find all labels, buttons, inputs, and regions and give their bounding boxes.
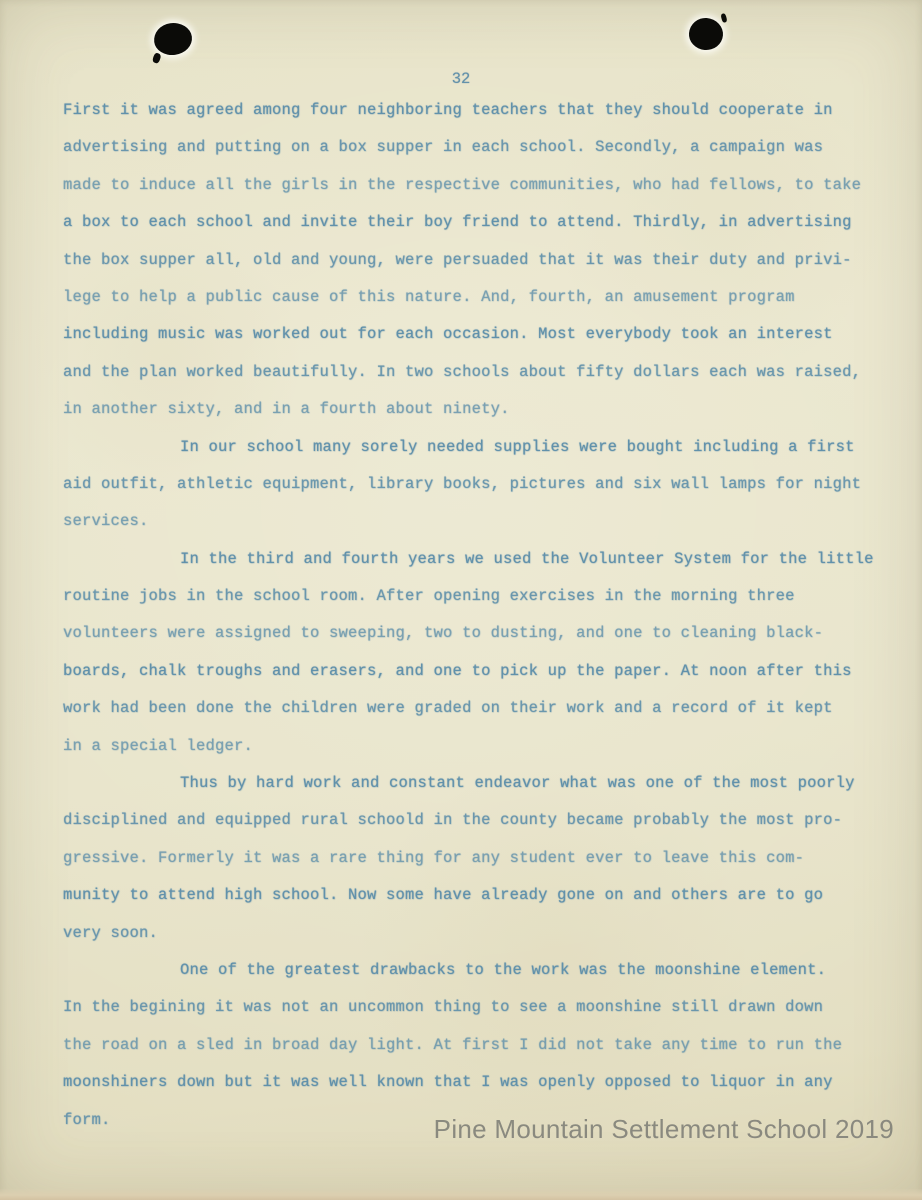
hole-punch-left — [152, 21, 194, 57]
text-line: One of the greatest drawbacks to the wor… — [63, 952, 873, 989]
hole-punch-right — [688, 17, 725, 52]
text-line: boards, chalk troughs and erasers, and o… — [63, 653, 873, 690]
text-line: lege to help a public cause of this natu… — [63, 279, 873, 316]
text-line: in a special ledger. — [63, 728, 873, 765]
paper-bottom-edge — [0, 1189, 922, 1200]
text-line: In the third and fourth years we used th… — [63, 541, 873, 578]
text-line: In our school many sorely needed supplie… — [63, 429, 873, 466]
text-line: the road on a sled in broad day light. A… — [63, 1027, 873, 1064]
scanned-document-page: 32 First it was agreed among four neighb… — [0, 0, 922, 1200]
text-line: munity to attend high school. Now some h… — [63, 877, 873, 914]
paragraph-moonshine: One of the greatest drawbacks to the wor… — [63, 952, 873, 1139]
text-line: moonshiners down but it was well known t… — [63, 1064, 873, 1101]
text-line: and the plan worked beautifully. In two … — [63, 354, 873, 391]
paragraph-progress: Thus by hard work and constant endeavor … — [63, 765, 873, 952]
text-line: aid outfit, athletic equipment, library … — [63, 466, 873, 503]
text-line: In the begining it was not an uncommon t… — [63, 989, 873, 1026]
text-line: advertising and putting on a box supper … — [63, 129, 873, 166]
page-number: 32 — [0, 70, 922, 88]
archive-watermark: Pine Mountain Settlement School 2019 — [434, 1114, 894, 1145]
paragraph-box-suppers: First it was agreed among four neighbori… — [63, 92, 873, 429]
typed-text-body: First it was agreed among four neighbori… — [63, 92, 873, 1139]
text-line: gressive. Formerly it was a rare thing f… — [63, 840, 873, 877]
text-line: a box to each school and invite their bo… — [63, 204, 873, 241]
text-line: the box supper all, old and young, were … — [63, 242, 873, 279]
text-line: in another sixty, and in a fourth about … — [63, 391, 873, 428]
text-line: including music was worked out for each … — [63, 316, 873, 353]
text-line: Thus by hard work and constant endeavor … — [63, 765, 873, 802]
paragraph-supplies: In our school many sorely needed supplie… — [63, 429, 873, 541]
paragraph-volunteer-system: In the third and fourth years we used th… — [63, 541, 873, 765]
text-line: services. — [63, 503, 873, 540]
text-line: disciplined and equipped rural schoold i… — [63, 802, 873, 839]
text-line: made to induce all the girls in the resp… — [63, 167, 873, 204]
text-line: work had been done the children were gra… — [63, 690, 873, 727]
text-line: very soon. — [63, 915, 873, 952]
text-line: routine jobs in the school room. After o… — [63, 578, 873, 615]
text-line: First it was agreed among four neighbori… — [63, 92, 873, 129]
text-line: volunteers were assigned to sweeping, tw… — [63, 615, 873, 652]
